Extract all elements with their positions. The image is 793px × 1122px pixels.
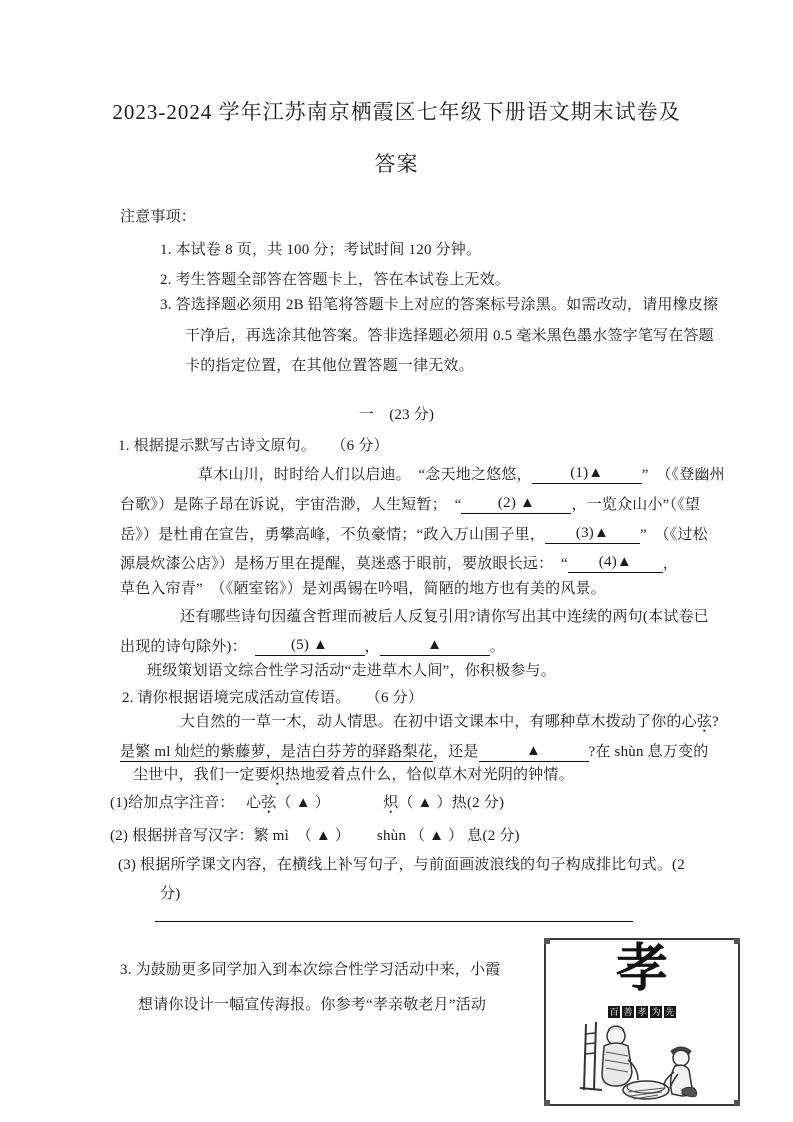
- q1-line-3-text: 岳》）是杜甫在宣告，勇攀高峰，不负豪情；“政入万山围子里，: [120, 527, 545, 543]
- q1-line-6: 还有哪些诗句因蕴含哲理而被后人反复引用?请你写出其中连续的两句(本试卷已: [180, 608, 709, 626]
- q1-line-1-tail: ” （《登幽州: [642, 467, 725, 483]
- emphasis-char-xian: 弦: [697, 713, 712, 731]
- q2-sub-1-mid: （ ▲ ）: [277, 795, 384, 811]
- q3-line-1: 3. 为鼓励更多同学加入到本次综合性学习活动中来，小霞: [120, 961, 500, 979]
- poster-seal-text: 百善孝为先: [546, 1002, 738, 1020]
- q2-sub-1-text: (1)给加点字注音： 心: [110, 795, 261, 811]
- q2-line-1-text: 大自然的一草一木，动人情思。在初中语文课本中，有哪种草木拨动了你的心: [180, 714, 697, 730]
- answer-write-line: [155, 921, 633, 922]
- q2-prompt: 2. 请你根据语境完成活动宣传语。 （6 分）: [122, 689, 423, 707]
- answer-blank-5b: ▲: [380, 636, 490, 656]
- q1-line-4-text: 源晨炊漆公店》）是杨万里在提醒，莫迷惑于眼前，要放眼长远： “: [120, 556, 568, 572]
- q1-line-1-text: 草木山川，时时给人们以启迪。 “念天地之悠悠，: [198, 467, 532, 483]
- emphasis-char-chi: 炽: [270, 766, 285, 784]
- q2-line-1-tail: ?: [712, 714, 719, 730]
- poster-corner-mark: [734, 1100, 740, 1106]
- notes-item-3-line-3: 卡的指定位置，在其他位置答题一律无效。: [185, 357, 474, 375]
- q1-line-7-text: 出现的诗句除外)：: [120, 639, 239, 655]
- answer-blank-q2: ▲: [479, 742, 589, 762]
- q2-sub-3-line-1: (3) 根据所学课文内容，在横线上补写句子，与前面画波浪线的句子构成排比句式。(…: [118, 856, 685, 874]
- q1-line-7: 出现的诗句除外)： (5) ▲，▲。: [120, 636, 505, 656]
- q1-line-4: 源晨炊漆公店》）是杨万里在提醒，莫迷惑于眼前，要放眼长远： “(4)▲，: [120, 553, 678, 573]
- notes-item-1: 1. 本试卷 8 页，共 100 分；考试时间 120 分钟。: [160, 241, 481, 259]
- q2-line-3: 尘世中，我们一定要炽热地爱着点什么，恰似草木对光阴的钟情。: [133, 766, 574, 784]
- q2-line-2-tail: ?在 shùn 息万变的: [589, 744, 709, 760]
- seal-char: 善: [622, 1006, 634, 1018]
- emphasis-char-chi-2: 炽: [383, 794, 398, 812]
- q2-line-1: 大自然的一草一木，动人情思。在初中语文课本中，有哪种草木拨动了你的心弦?: [180, 713, 719, 731]
- q2-sub-3-line-2: 分): [160, 885, 180, 903]
- q2-line-2-mid: ，还是: [433, 744, 479, 760]
- q1-line-8: 班级策划语文综合性学习活动“走进草木人间”，你积极参与。: [147, 662, 556, 680]
- poster-corner-mark: [544, 1100, 550, 1106]
- emphasis-char-xian-2: 弦: [261, 794, 276, 812]
- q2-line-3-tail: 热地爱着点什么，恰似草木对光阴的钟情。: [285, 767, 574, 783]
- wavy-underlined-clause: 是繁 ml 灿烂的紫藤萝，是洁白芬芳的驿路梨花: [120, 744, 433, 762]
- q3-line-2: 想请你设计一幅宣传海报。你参考“孝亲敬老月”活动: [138, 996, 486, 1014]
- answer-blank-3: (3)▲: [545, 524, 640, 544]
- q2-sub-2: (2) 根据拼音写汉字：繁 mì （ ▲ ） shùn （ ▲ ） 息(2 分): [110, 827, 520, 845]
- answer-blank-5: (5) ▲: [255, 636, 365, 656]
- seal-char: 百: [608, 1006, 620, 1018]
- q2-line-3-text: 尘世中，我们一定要: [133, 767, 270, 783]
- q1-line-3-tail: ” （《过松: [640, 527, 708, 543]
- q1-line-7-period: 。: [490, 639, 505, 655]
- page-title-line-2: 答案: [0, 152, 793, 177]
- answer-blank-1: (1)▲: [532, 464, 642, 484]
- q1-line-2-text: 台歌》）是陈子昂在诉说，宇宙浩渺，人生短暂； “: [120, 497, 461, 513]
- seal-char: 为: [650, 1006, 662, 1018]
- q2-line-2: 是繁 ml 灿烂的紫藤萝，是洁白芬芳的驿路梨花，还是▲?在 shùn 息万变的: [120, 742, 708, 762]
- page-title-line-1: 2023-2024 学年江苏南京栖霞区七年级下册语文期末试卷及: [0, 100, 793, 125]
- answer-blank-4: (4)▲: [568, 553, 663, 573]
- q1-prompt: 1. 根据提示默写古诗文原句。 （6 分）: [118, 437, 389, 455]
- notes-item-3-line-1: 3. 答选择题必须用 2B 铅笔将答题卡上对应的答案标号涂黑。如需改动，请用橡皮…: [160, 296, 718, 314]
- q2-sub-1: (1)给加点字注音： 心弦（ ▲ ） 炽（ ▲ ）热(2 分): [110, 794, 504, 812]
- q2-sub-1-tail: （ ▲ ）热(2 分): [398, 795, 504, 811]
- exam-paper-page: 2023-2024 学年江苏南京栖霞区七年级下册语文期末试卷及 答案 注意事项：…: [0, 0, 793, 1122]
- q1-line-2-tail: ，一览众山小”（《望: [571, 497, 700, 513]
- notes-item-3-line-2: 干净后，再选涂其他答案。答非选择题必须用 0.5 毫米黑色墨水签字笔写在答题: [185, 327, 714, 345]
- q1-line-7-comma: ，: [365, 639, 380, 655]
- foot-washing-illustration: [554, 1020, 730, 1102]
- answer-blank-2: (2) ▲: [461, 494, 571, 514]
- xiao-calligraphy-character: 孝: [546, 944, 738, 996]
- section-heading: 一 (23 分): [0, 406, 793, 424]
- seal-char: 先: [664, 1006, 676, 1018]
- filial-piety-poster: 孝 百善孝为先: [544, 938, 740, 1106]
- notes-item-2: 2. 考生答题全部答在答题卡上，答在本试卷上无效。: [160, 271, 510, 289]
- q1-line-2: 台歌》）是陈子昂在诉说，宇宙浩渺，人生短暂； “(2) ▲，一览众山小”（《望: [120, 494, 700, 514]
- seal-char: 孝: [636, 1006, 648, 1018]
- notes-heading: 注意事项：: [120, 208, 196, 226]
- q1-line-4-tail: ，: [663, 556, 678, 572]
- q1-line-3: 岳》）是杜甫在宣告，勇攀高峰，不负豪情；“政入万山围子里，(3)▲” （《过松: [120, 524, 708, 544]
- q1-line-5: 草色入帘青” （《陋室铭》）是刘禹锡在吟唱，简陋的地方也有美的风景。: [120, 580, 606, 598]
- q1-line-1: 草木山川，时时给人们以启迪。 “念天地之悠悠，(1)▲” （《登幽州: [198, 464, 725, 484]
